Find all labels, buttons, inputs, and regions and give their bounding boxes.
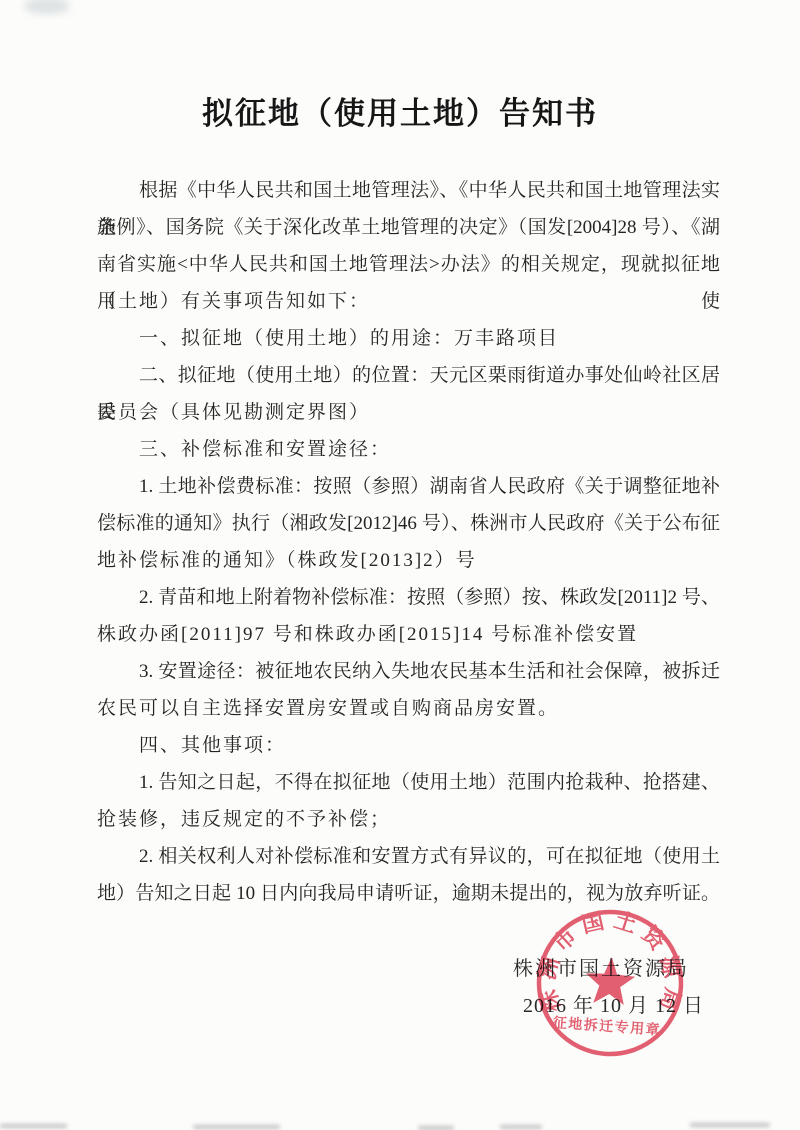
scan-edge-shadow [690, 1123, 770, 1127]
body-line: 二、拟征地（使用土地）的位置：天元区栗雨街道办事处仙岭社区居民 [97, 357, 720, 394]
body-line: 株政办函[2011]97 号和株政办函[2015]14 号标准补偿安置 [97, 616, 720, 653]
scan-edge-shadow [500, 1125, 542, 1129]
body-line: 抢装修，违反规定的不予补偿； [97, 801, 720, 838]
body-line: 委员会（具体见勘测定界图） [97, 394, 720, 431]
body-line: 南省实施<中华人民共和国土地管理法>办法》的相关规定，现就拟征地（使 [97, 246, 720, 283]
official-seal: 株洲市国土资源局 征地拆迁专用章 [518, 891, 702, 1075]
body-line: 2. 相关权利人对补偿标准和安置方式有异议的，可在拟征地（使用土 [97, 838, 720, 875]
body-line: 一、拟征地（使用土地）的用途：万丰路项目 [97, 320, 720, 357]
scan-edge-shadow [418, 1126, 454, 1130]
scan-smudge [24, 0, 70, 14]
seal-star-icon [584, 955, 637, 1005]
body-line: 四、其他事项： [97, 727, 720, 764]
page-title: 拟征地（使用土地）告知书 [0, 88, 800, 133]
body-line: 2. 青苗和地上附着物补偿标准：按照（参照）按、株政发[2011]2 号、 [97, 579, 720, 616]
body-line: 1. 土地补偿费标准：按照（参照）湖南省人民政府《关于调整征地补 [97, 468, 720, 505]
body-line: 地补偿标准的通知》（株政发[2013]2）号 [97, 542, 720, 579]
body-line: 条例》、国务院《关于深化改革土地管理的决定》（国发[2004]28 号）、《湖 [97, 209, 720, 246]
body-line: 三、补偿标准和安置途径： [97, 431, 720, 468]
body-line: 3. 安置途径：被征地农民纳入失地农民基本生活和社会保障，被拆迁 [97, 653, 720, 690]
body-line: 1. 告知之日起，不得在拟征地（使用土地）范围内抢栽种、抢搭建、 [97, 764, 720, 801]
scan-edge-shadow [193, 1125, 280, 1129]
document-body: 根据《中华人民共和国土地管理法》、《中华人民共和国土地管理法实施条例》、国务院《… [97, 172, 720, 912]
body-line: 农民可以自主选择安置房安置或自购商品房安置。 [97, 690, 720, 727]
seal-bottom-text: 征地拆迁专用章 [552, 1014, 661, 1039]
body-line: 根据《中华人民共和国土地管理法》、《中华人民共和国土地管理法实施 [97, 172, 720, 209]
scan-edge-shadow [0, 1124, 67, 1128]
body-line: 偿标准的通知》执行（湘政发[2012]46 号）、株洲市人民政府《关于公布征 [97, 505, 720, 542]
scanned-document-page: 拟征地（使用土地）告知书 根据《中华人民共和国土地管理法》、《中华人民共和国土地… [0, 0, 800, 1130]
